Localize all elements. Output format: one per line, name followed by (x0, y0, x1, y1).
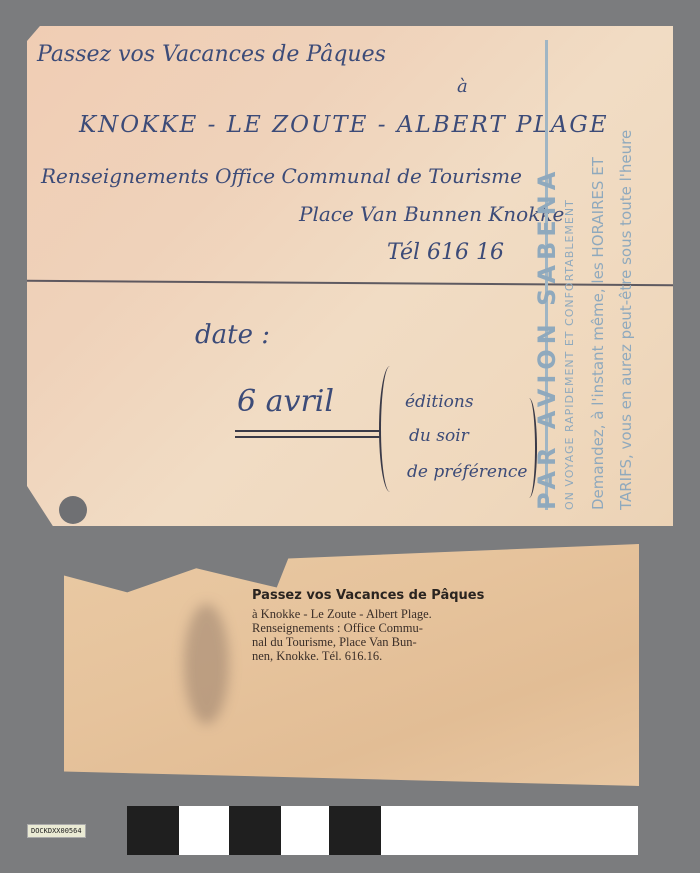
scale-block-black (127, 806, 179, 855)
scale-block-white (179, 806, 229, 855)
clipping-line: à Knokke - Le Zoute - Albert Plage. (252, 607, 484, 621)
clipping-line: nen, Knokke. Tél. 616.16. (252, 649, 484, 663)
date-value: 6 avril (237, 384, 334, 419)
hw-line-5: Place Van Bunnen Knokke (299, 202, 564, 226)
hw-line-2: à (457, 76, 468, 97)
handwritten-card: Passez vos Vacances de Pâques à KNOKKE -… (27, 26, 673, 526)
catalog-label: DOCKDXX00564 (27, 824, 86, 838)
note-line-3: de préférence (407, 462, 528, 482)
punch-hole (59, 496, 87, 524)
hw-line-4: Renseignements Office Communal de Touris… (41, 164, 522, 188)
underline (235, 430, 380, 432)
stamp-line-2: Demandez, à l'instant même, les HORAIRES… (589, 157, 607, 510)
sabena-stamp: PAR AVION SABENA ON VOYAGE RAPIDEMENT ET… (527, 40, 677, 510)
scale-block-black (329, 806, 381, 855)
clipping-heading: Passez vos Vacances de Pâques (252, 588, 484, 603)
hw-line-1: Passez vos Vacances de Pâques (37, 42, 386, 67)
date-label: date : (195, 320, 270, 350)
stamp-title: PAR AVION SABENA (533, 167, 561, 510)
note-line-1: éditions (405, 392, 474, 412)
clipping-line: Renseignements : Office Commu- (252, 621, 484, 635)
color-scale-bar (127, 806, 638, 855)
note-line-2: du soir (409, 426, 469, 446)
hw-line-6: Tél 616 16 (387, 240, 504, 265)
stamp-line-3: TARIFS, vous en aurez peut-être sous tou… (617, 130, 635, 510)
stain (184, 604, 229, 724)
underline-2 (235, 436, 380, 438)
stamp-line-1: ON VOYAGE RAPIDEMENT ET CONFORTABLEMENT (563, 199, 576, 510)
scale-block-white (281, 806, 329, 855)
scale-block-white (381, 806, 638, 855)
paren-open (379, 366, 401, 492)
scale-block-black (229, 806, 281, 855)
clipping-line: nal du Tourisme, Place Van Bun- (252, 635, 484, 649)
newspaper-clipping: Passez vos Vacances de Pâques à Knokke -… (64, 544, 639, 786)
clipping-text: Passez vos Vacances de Pâques à Knokke -… (252, 588, 484, 663)
